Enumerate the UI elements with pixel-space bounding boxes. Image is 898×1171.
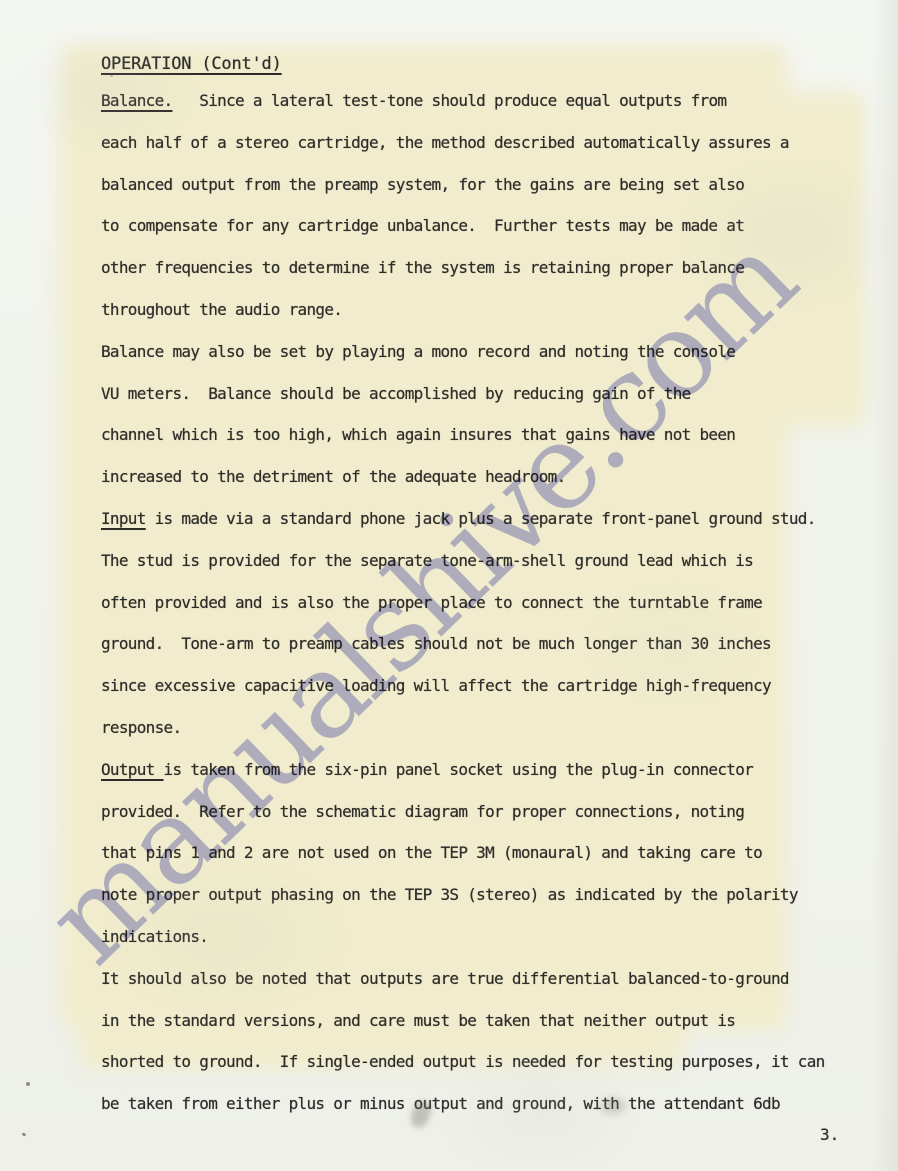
section-heading: OPERATION (Cont'd) <box>101 54 825 91</box>
text-line: to compensate for any cartridge unbalanc… <box>101 216 825 258</box>
page-number: 3. <box>820 1125 839 1144</box>
line-text: VU meters. Balance should be accomplishe… <box>101 384 691 403</box>
text-line: other frequencies to determine if the sy… <box>101 258 825 300</box>
line-text: Balance may also be set by playing a mon… <box>101 342 735 361</box>
text-line: The stud is provided for the separate to… <box>101 551 825 593</box>
line-text: to compensate for any cartridge unbalanc… <box>101 216 744 235</box>
line-text: note proper output phasing on the TEP 3S… <box>101 885 798 904</box>
line-text: each half of a stereo cartridge, the met… <box>101 133 789 152</box>
line-text: since excessive capacitive loading will … <box>101 676 771 695</box>
text-line: often provided and is also the proper pl… <box>101 593 825 635</box>
text-line: VU meters. Balance should be accomplishe… <box>101 384 825 426</box>
text-line: each half of a stereo cartridge, the met… <box>101 133 825 175</box>
line-text: balanced output from the preamp system, … <box>101 175 744 194</box>
line-text: be taken from either plus or minus outpu… <box>101 1094 780 1113</box>
text-line: in the standard versions, and care must … <box>101 1011 825 1053</box>
body-text: Balance. Since a lateral test-tone shoul… <box>101 91 825 1136</box>
text-line: note proper output phasing on the TEP 3S… <box>101 885 825 927</box>
scanned-page: OPERATION (Cont'd) Balance. Since a late… <box>0 0 898 1171</box>
text-line: indications. <box>101 927 825 969</box>
line-text: provided. Refer to the schematic diagram… <box>101 802 744 821</box>
section-heading-text: OPERATION (Cont'd) <box>101 54 282 74</box>
text-line: channel which is too high, which again i… <box>101 425 825 467</box>
text-line: Balance. Since a lateral test-tone shoul… <box>101 91 825 133</box>
line-text: is taken from the six-pin panel socket u… <box>164 760 754 779</box>
line-text: throughout the audio range. <box>101 300 342 319</box>
line-text: other frequencies to determine if the sy… <box>101 258 744 277</box>
text-line: since excessive capacitive loading will … <box>101 676 825 718</box>
line-text: often provided and is also the proper pl… <box>101 593 762 612</box>
line-text: increased to the detriment of the adequa… <box>101 467 566 486</box>
text-line: response. <box>101 718 825 760</box>
text-line: balanced output from the preamp system, … <box>101 175 825 217</box>
text-line: that pins 1 and 2 are not used on the TE… <box>101 843 825 885</box>
line-text: channel which is too high, which again i… <box>101 425 735 444</box>
text-line: increased to the detriment of the adequa… <box>101 467 825 509</box>
underlined-term: Output <box>101 760 164 779</box>
line-text: shorted to ground. If single-ended outpu… <box>101 1052 825 1071</box>
text-line: Balance may also be set by playing a mon… <box>101 342 825 384</box>
text-line: provided. Refer to the schematic diagram… <box>101 802 825 844</box>
paper-smudge <box>600 1098 626 1114</box>
text-line: ground. Tone-arm to preamp cables should… <box>101 634 825 676</box>
text-line: throughout the audio range. <box>101 300 825 342</box>
line-text: The stud is provided for the separate to… <box>101 551 753 570</box>
paper-speck <box>110 74 113 77</box>
underlined-term: Balance. <box>101 91 172 110</box>
paper-speck <box>26 1082 30 1086</box>
scan-edge-shadow <box>872 0 898 1171</box>
text-line: It should also be noted that outputs are… <box>101 969 825 1011</box>
line-text: It should also be noted that outputs are… <box>101 969 789 988</box>
document-content: OPERATION (Cont'd) Balance. Since a late… <box>101 54 825 1136</box>
line-text: ground. Tone-arm to preamp cables should… <box>101 634 771 653</box>
text-line: Output is taken from the six-pin panel s… <box>101 760 825 802</box>
line-text: response. <box>101 718 181 737</box>
text-line: Input is made via a standard phone jack … <box>101 509 825 551</box>
line-text: is made via a standard phone jack plus a… <box>146 509 816 528</box>
text-line: be taken from either plus or minus outpu… <box>101 1094 825 1136</box>
underlined-term: Input <box>101 509 146 528</box>
line-text: indications. <box>101 927 208 946</box>
text-line: shorted to ground. If single-ended outpu… <box>101 1052 825 1094</box>
line-text: that pins 1 and 2 are not used on the TE… <box>101 843 762 862</box>
line-text: Since a lateral test-tone should produce… <box>172 91 726 110</box>
line-text: in the standard versions, and care must … <box>101 1011 735 1030</box>
